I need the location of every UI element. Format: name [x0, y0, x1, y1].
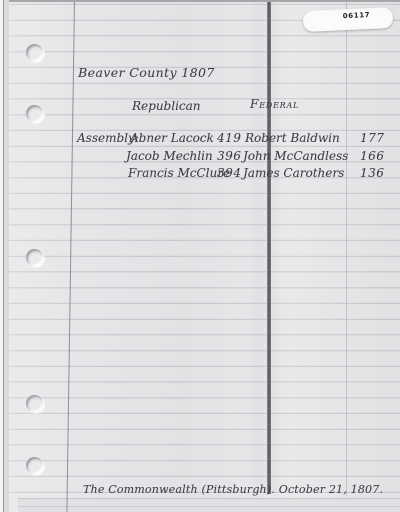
faint-vertical-line	[346, 0, 347, 496]
federal-candidate-name: James Carothers	[243, 166, 344, 181]
hole-punch	[26, 395, 43, 412]
sheet-behind-left-edge	[4, 0, 9, 512]
ruled-line	[18, 506, 400, 507]
hole-punch	[26, 44, 43, 61]
crease-line	[267, 0, 271, 494]
scan-left-edge-line	[3, 0, 4, 512]
page-title: Beaver County 1807	[78, 65, 215, 80]
federal-candidate-name: John McCandless	[243, 149, 348, 164]
column-header-federal: Federal	[250, 97, 299, 112]
federal-vote-count: 177	[360, 131, 384, 146]
citation: The Commonwealth (Pittsburgh). October 2…	[83, 482, 383, 497]
hole-punch	[26, 457, 43, 474]
hole-punch	[26, 105, 43, 122]
margin-line	[66, 0, 75, 512]
hole-punch	[26, 249, 43, 266]
sticker-number: 06117	[343, 11, 371, 20]
federal-vote-count: 136	[360, 166, 384, 181]
republican-vote-count: 396	[217, 149, 241, 164]
sheet-behind-bottom-edge	[18, 498, 400, 512]
federal-candidate-name: Robert Baldwin	[245, 131, 340, 146]
federal-vote-count: 166	[360, 149, 384, 164]
scan-left-edge	[0, 0, 3, 512]
scan-top-edge	[0, 0, 400, 2]
republican-candidate-name: Jacob Mechlin	[126, 149, 213, 164]
republican-vote-count: 419	[217, 131, 241, 146]
scanned-page: Beaver County 1807 Republican Federal As…	[0, 0, 400, 512]
notebook-paper: Beaver County 1807 Republican Federal As…	[9, 0, 400, 512]
catalog-sticker: 06117	[303, 7, 394, 32]
republican-candidate-name: Abner Lacock	[130, 131, 214, 146]
republican-candidate-name: Francis McClure	[128, 166, 230, 181]
column-header-republican: Republican	[132, 99, 201, 114]
republican-vote-count: 394	[217, 166, 241, 181]
